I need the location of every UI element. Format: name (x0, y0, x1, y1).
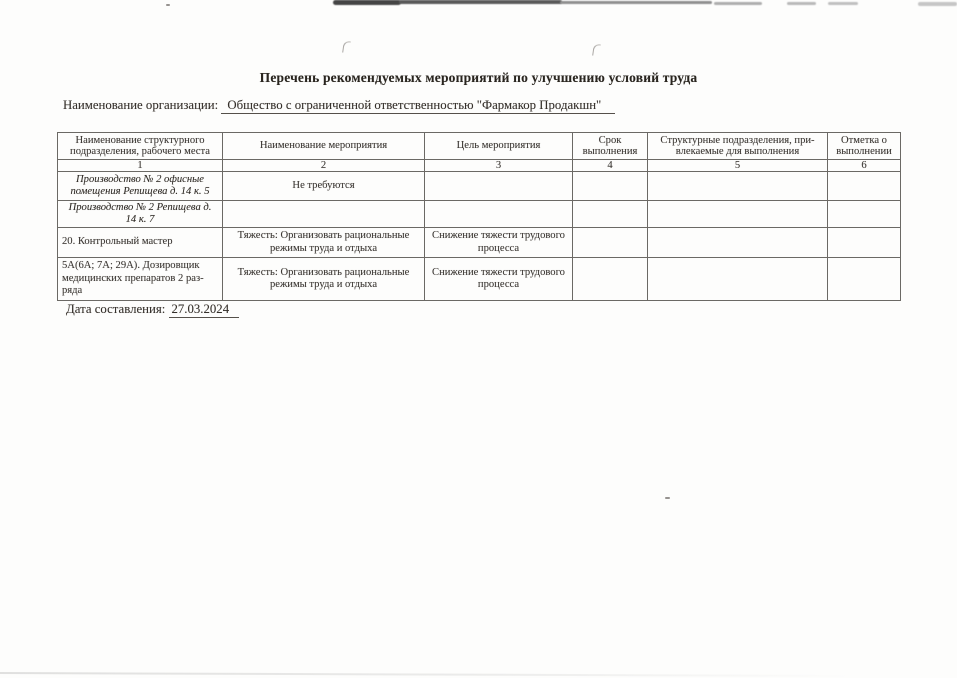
header-cell-department: Наименование структурного подразделения,… (58, 133, 223, 160)
column-number: 2 (223, 160, 425, 172)
cell-mark (828, 228, 901, 258)
scan-artifact-streak (918, 2, 957, 6)
cell-department: 20. Контрольный мастер (58, 228, 223, 258)
measures-table-wrapper: Наименование структурного подразделения,… (57, 132, 901, 301)
cell-department: 5А(6А; 7А; 29А). Дозировщик медицинских … (58, 258, 223, 301)
scan-artifact-streak (399, 0, 562, 4)
cell-deadline (573, 201, 648, 228)
scan-artifact-streak (333, 0, 401, 5)
header-cell-involved: Структурные подразделения, при-влекаемые… (648, 133, 828, 160)
scan-artifact-speck (665, 497, 670, 499)
cell-measure (223, 201, 425, 228)
scan-artifact-speck (166, 4, 170, 6)
column-number: 6 (828, 160, 901, 172)
scanned-document: Перечень рекомендуемых мероприятий по ул… (0, 0, 957, 678)
organization-value: Общество с ограниченной ответственностью… (221, 98, 615, 114)
scan-artifact-mark (592, 44, 601, 57)
organization-line: Наименование организации: Общество с огр… (63, 98, 615, 113)
scan-artifact-streak (828, 2, 858, 5)
cell-involved (648, 201, 828, 228)
header-cell-mark: Отметка о выполнении (828, 133, 901, 160)
column-number: 4 (573, 160, 648, 172)
table-row-dosing-operator: 5А(6А; 7А; 29А). Дозировщик медицинских … (58, 258, 901, 301)
cell-deadline (573, 258, 648, 301)
organization-label: Наименование организации: (63, 98, 218, 112)
cell-measure: Тяжесть: Организовать рациональные режим… (223, 258, 425, 301)
header-cell-goal: Цель мероприятия (425, 133, 573, 160)
document-title: Перечень рекомендуемых мероприятий по ул… (0, 70, 957, 86)
header-cell-measure: Наименование мероприятия (223, 133, 425, 160)
date-label: Дата составления: (66, 302, 165, 316)
scan-artifact-streak (560, 1, 712, 4)
cell-department: Производство № 2 Репищева д. 14 к. 7 (58, 201, 223, 228)
table-row-section-office: Производство № 2 офисные помещения Репищ… (58, 172, 901, 201)
cell-deadline (573, 172, 648, 201)
scan-artifact-streak (787, 2, 816, 5)
date-value: 27.03.2024 (169, 302, 240, 318)
cell-goal: Снижение тяжести трудового процесса (425, 258, 573, 301)
cell-involved (648, 258, 828, 301)
cell-department: Производство № 2 офисные помещения Репищ… (58, 172, 223, 201)
table-row-section-production: Производство № 2 Репищева д. 14 к. 7 (58, 201, 901, 228)
cell-mark (828, 201, 901, 228)
column-number: 3 (425, 160, 573, 172)
cell-involved (648, 172, 828, 201)
table-header-row: Наименование структурного подразделения,… (58, 133, 901, 160)
scan-artifact-mark (342, 41, 351, 54)
cell-goal: Снижение тяжести трудового процесса (425, 228, 573, 258)
page-edge-shadow (0, 672, 852, 677)
cell-goal (425, 201, 573, 228)
cell-mark (828, 172, 901, 201)
scan-artifact-streak (714, 2, 762, 5)
column-number: 1 (58, 160, 223, 172)
header-cell-deadline: Срок выполнения (573, 133, 648, 160)
date-line: Дата составления: 27.03.2024 (66, 302, 239, 317)
cell-measure: Не требуются (223, 172, 425, 201)
cell-deadline (573, 228, 648, 258)
column-number: 5 (648, 160, 828, 172)
column-numbers-row: 1 2 3 4 5 6 (58, 160, 901, 172)
measures-table: Наименование структурного подразделения,… (57, 132, 901, 301)
table-row-control-master: 20. Контрольный мастер Тяжесть: Организо… (58, 228, 901, 258)
cell-goal (425, 172, 573, 201)
cell-involved (648, 228, 828, 258)
cell-mark (828, 258, 901, 301)
cell-measure: Тяжесть: Организовать рациональные режим… (223, 228, 425, 258)
